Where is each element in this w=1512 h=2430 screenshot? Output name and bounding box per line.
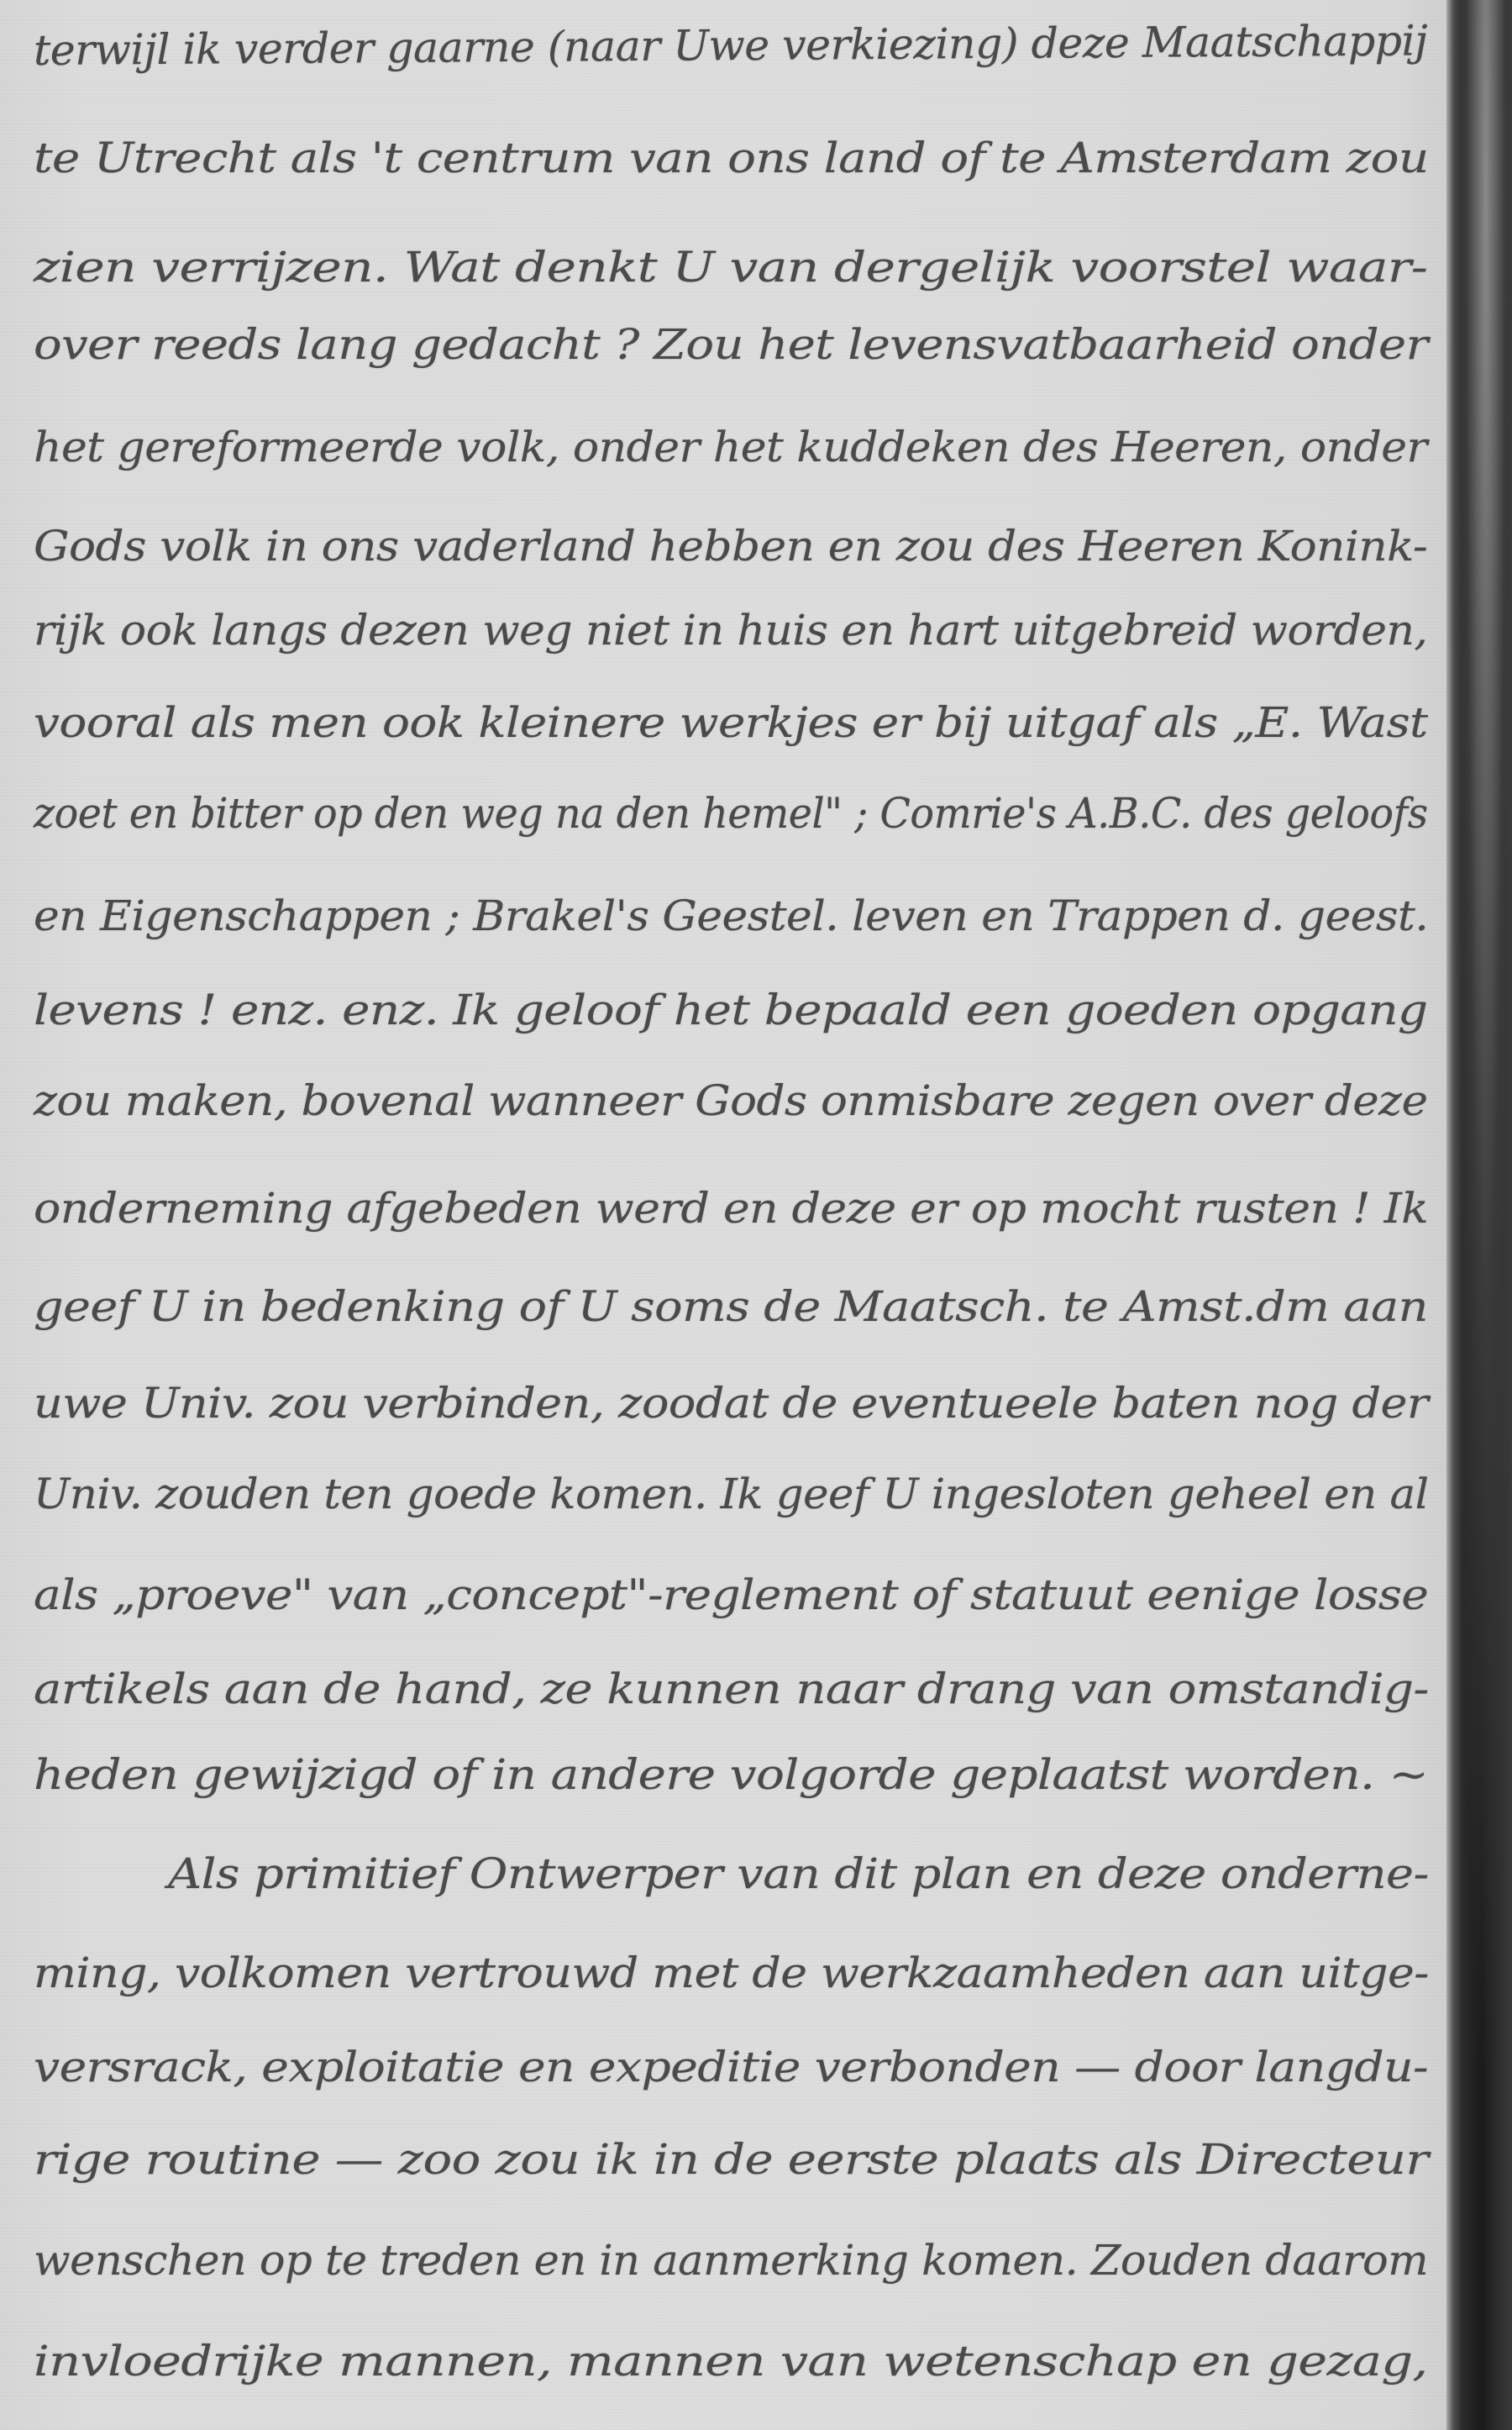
book-binding-edge: [1446, 0, 1512, 2430]
text-line-2: te Utrecht als 't centrum van ons land o…: [34, 133, 1429, 183]
text-line-24: wenschen op te treden en in aanmerking k…: [34, 2235, 1428, 2285]
text-line-3: zien verrijzen. Wat denkt U van dergelij…: [34, 242, 1427, 292]
text-line-10: en Eigenschappen ; Brakel's Geestel. lev…: [34, 891, 1428, 941]
text-line-8: vooral als men ook kleinere werkjes er b…: [34, 697, 1428, 748]
text-line-15: uwe Univ. zou verbinden, zoodat de event…: [34, 1378, 1428, 1428]
text-line-1: terwijl ik verder gaarne (naar Uwe verki…: [34, 15, 1428, 76]
manuscript-page: terwijl ik verder gaarne (naar Uwe verki…: [0, 0, 1452, 2430]
text-line-12: zou maken, bovenal wanneer Gods onmisbar…: [34, 1076, 1427, 1126]
text-line-14: geef U in bedenking of U soms de Maatsch…: [34, 1281, 1428, 1332]
text-line-25: invloedrijke mannen, mannen van wetensch…: [34, 2336, 1428, 2386]
text-line-21: ming, volkomen vertrouwd met de werkzaam…: [34, 1948, 1429, 1998]
text-line-20-paragraph-start: Als primitief Ontwerper van dit plan en …: [168, 1849, 1429, 1899]
text-line-19: heden gewijzigd of in andere volgorde ge…: [34, 1749, 1428, 1800]
text-line-13: onderneming afgebeden werd en deze er op…: [34, 1183, 1428, 1233]
text-line-22: versrack, exploitatie en expeditie verbo…: [34, 2042, 1428, 2092]
text-line-5: het gereformeerde volk, onder het kuddek…: [34, 422, 1427, 472]
text-line-17: als „proeve" van „concept"-reglement of …: [34, 1570, 1428, 1620]
text-line-7: rijk ook langs dezen weg niet in huis en…: [34, 605, 1427, 655]
text-line-23: rige routine — zoo zou ik in de eerste p…: [34, 2134, 1428, 2185]
text-line-16: Univ. zouden ten goede komen. Ik geef U …: [34, 1469, 1429, 1519]
text-line-9: zoet en bitter op den weg na den hemel" …: [34, 788, 1428, 839]
text-line-11: levens ! enz. enz. Ik geloof het bepaald…: [34, 985, 1428, 1035]
text-line-18: artikels aan de hand, ze kunnen naar dra…: [34, 1664, 1429, 1714]
text-line-6: Gods volk in ons vaderland hebben en zou…: [34, 521, 1427, 571]
text-line-4: over reeds lang gedacht ? Zou het levens…: [34, 319, 1428, 370]
